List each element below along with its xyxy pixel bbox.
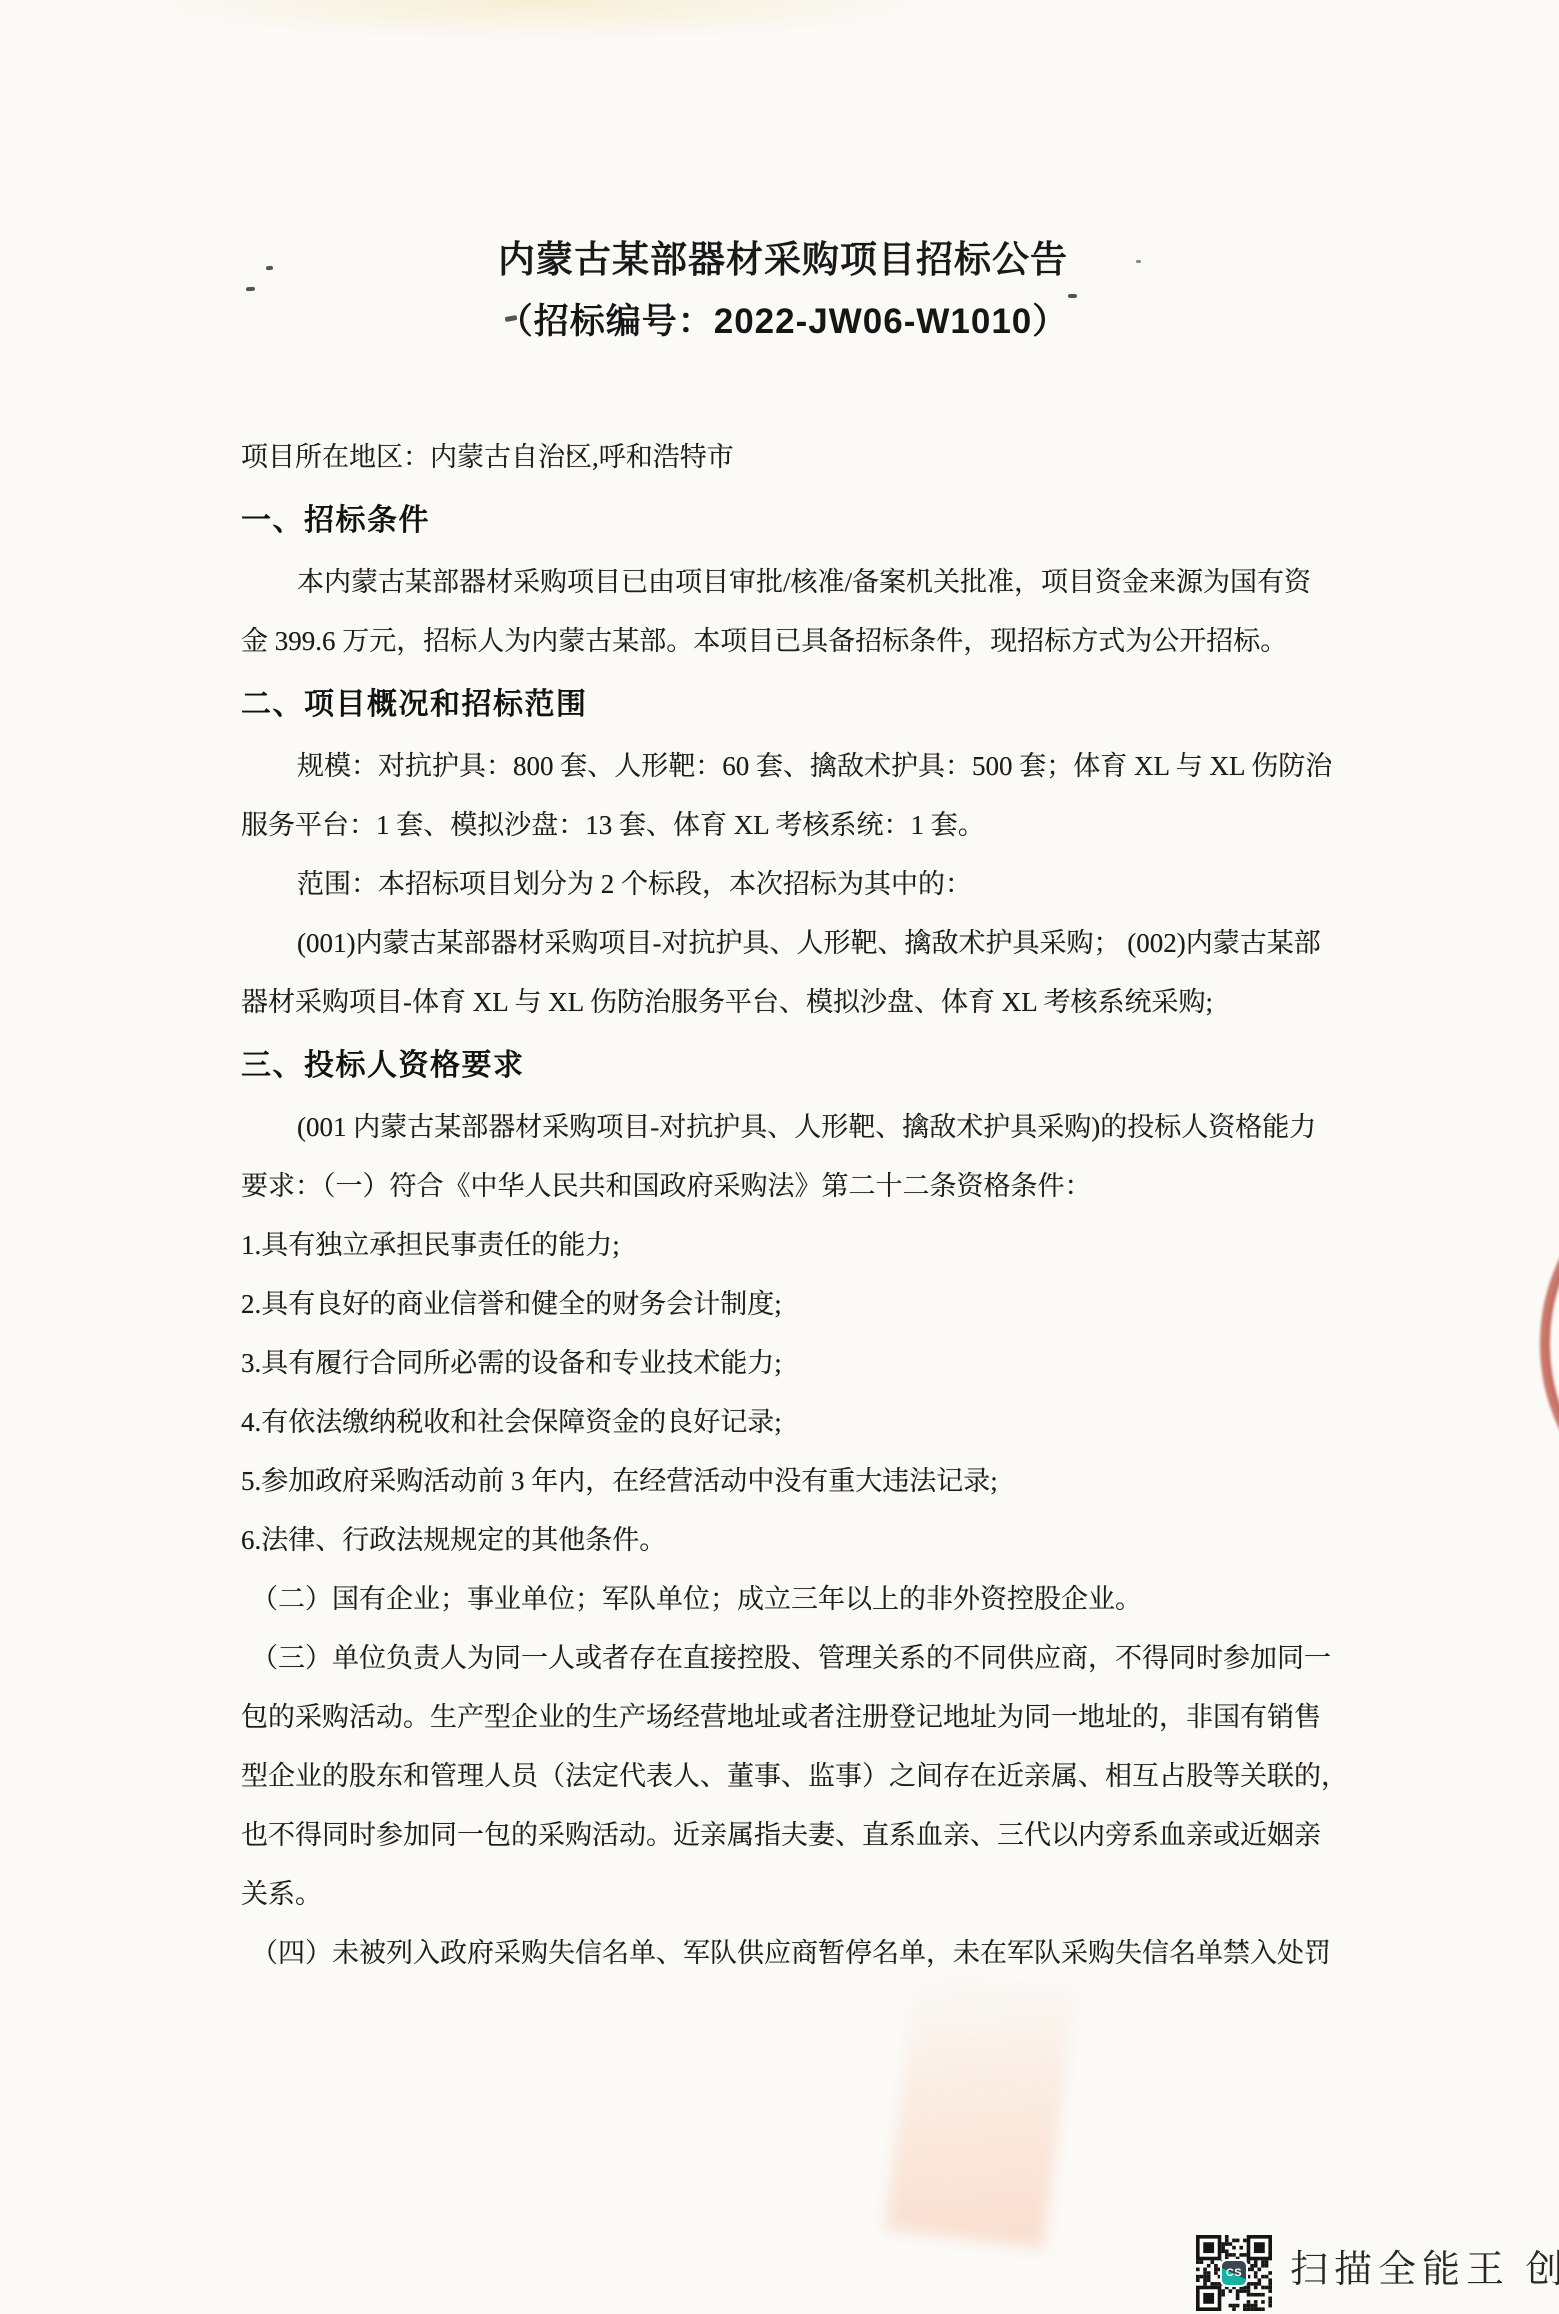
doc-line: 包的采购活动。生产型企业的生产场经营地址或者注册登记地址为同一地址的，非国有销售 [241,1688,1327,1747]
doc-line: 金 399.6 万元，招标人为内蒙古某部。本项目已具备招标条件，现招标方式为公开… [241,612,1327,671]
red-seal-arc [1540,1146,1559,1542]
doc-line: （二）国有企业；事业单位；军队单位；成立三年以上的非外资控股企业。 [241,1570,1327,1629]
document-lines: 项目所在地区：内蒙古自治区,呼和浩特市一、招标条件本内蒙古某部器材采购项目已由项… [241,428,1327,1983]
doc-line: 服务平台：1 套、模拟沙盘：13 套、体育 XL 考核系统：1 套。 [241,796,1327,855]
ink-speck [246,287,255,291]
doc-line: 本内蒙古某部器材采购项目已由项目审批/核准/备案机关批准，项目资金来源为国有资 [241,553,1327,612]
doc-line: 3.具有履行合同所必需的设备和专业技术能力; [241,1334,1327,1393]
scan-tint [150,0,930,40]
section-heading: 二、项目概况和招标范围 [241,675,1327,734]
doc-line: 关系。 [241,1865,1327,1924]
camscanner-logo-label: CS [1226,2267,1242,2279]
doc-line: 型企业的股东和管理人员（法定代表人、董事、监事）之间存在近亲属、相互占股等关联的… [241,1747,1327,1806]
section-heading: 三、投标人资格要求 [241,1036,1327,1095]
doc-line: 4.有依法缴纳税收和社会保障资金的良好记录; [241,1393,1327,1452]
ink-speck [1068,294,1077,298]
doc-line: （四）未被列入政府采购失信名单、军队供应商暂停名单，未在军队采购失信名单禁入处罚 [241,1924,1327,1983]
scan-watermark-text: 扫描全能王 创建 [1290,2242,1559,2298]
ink-speck [266,266,273,271]
doc-line: 项目所在地区：内蒙古自治区,呼和浩特市 [241,428,1327,487]
doc-line: 要求：（一）符合《中华人民共和国政府采购法》第二十二条资格条件： [241,1157,1327,1216]
ink-speck [1136,260,1141,263]
doc-line: (001 内蒙古某部器材采购项目-对抗护具、人形靶、擒敌术护具采购)的投标人资格… [241,1098,1327,1157]
doc-line: 也不得同时参加同一包的采购活动。近亲属指夫妻、直系血亲、三代以内旁系血亲或近姻亲 [241,1806,1327,1865]
qr-code: CS [1196,2235,1272,2311]
doc-line: (001)内蒙古某部器材采购项目-对抗护具、人形靶、擒敌术护具采购； (002)… [241,914,1327,973]
scan-shadow-streak [885,1971,1075,2249]
doc-line: 范围：本招标项目划分为 2 个标段，本次招标为其中的： [241,855,1327,914]
ink-speck [567,451,573,455]
doc-line: 5.参加政府采购活动前 3 年内，在经营活动中没有重大违法记录; [241,1452,1327,1511]
doc-line: 2.具有良好的商业信誉和健全的财务会计制度; [241,1275,1327,1334]
camscanner-logo-icon: CS [1220,2259,1248,2287]
section-heading: 一、招标条件 [241,491,1327,550]
document-subtitle: （招标编号：2022-JW06-W1010） [240,299,1326,345]
doc-line: 6.法律、行政法规规定的其他条件。 [241,1511,1327,1570]
scanned-document-page: 内蒙古某部器材采购项目招标公告 （招标编号：2022-JW06-W1010） 项… [0,0,1559,2314]
doc-line: （三）单位负责人为同一人或者存在直接控股、管理关系的不同供应商，不得同时参加同一 [241,1629,1327,1688]
doc-line: 器材采购项目-体育 XL 与 XL 伤防治服务平台、模拟沙盘、体育 XL 考核系… [241,973,1327,1032]
doc-line: 规模：对抗护具：800 套、人形靶：60 套、擒敌术护具：500 套；体育 XL… [241,737,1327,796]
document-title: 内蒙古某部器材采购项目招标公告 [240,236,1326,284]
doc-line: 1.具有独立承担民事责任的能力; [241,1216,1327,1275]
